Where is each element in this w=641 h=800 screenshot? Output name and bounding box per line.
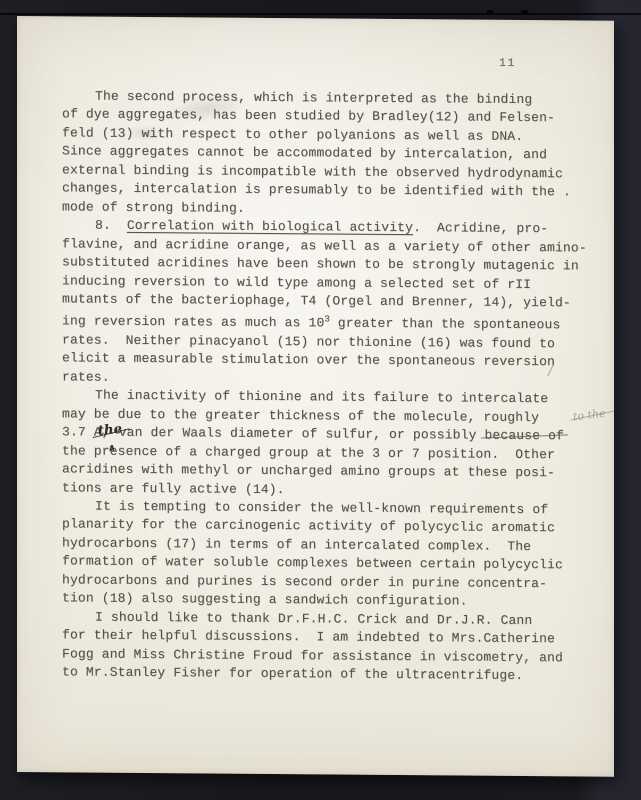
section-number: 8. <box>95 218 127 233</box>
section-heading-rest: . Acridine, pro- <box>413 220 548 236</box>
page-number: 11 <box>499 57 516 70</box>
struck-out-words: because of <box>484 428 564 444</box>
backdrop-notch <box>521 10 528 14</box>
typed-segment: van der Waals diameter of sulfur, or pos… <box>119 425 485 443</box>
scanned-typescript-page: 11 The second process, which is interpre… <box>17 16 614 777</box>
photo-backdrop: { "page": { "number": "11" }, "doc": { "… <box>0 0 641 800</box>
typed-text-block: The second process, which is interpreted… <box>62 87 592 686</box>
backdrop-notch <box>487 10 494 14</box>
backdrop-seam <box>0 13 641 15</box>
section-heading-underlined: Correlation with biological activity <box>127 218 413 235</box>
handwritten-insert-word: the <box>97 421 123 441</box>
typed-segment: ing reversion rates as much as 10 <box>62 314 324 331</box>
typed-line: to Mr.Stanley Fisher for operation of th… <box>62 663 592 686</box>
handwritten-margin-note: to the <box>572 407 606 424</box>
insertion-caret-icon: ∧ <box>108 444 116 454</box>
typed-segment: greater than the spontaneous <box>330 316 561 333</box>
